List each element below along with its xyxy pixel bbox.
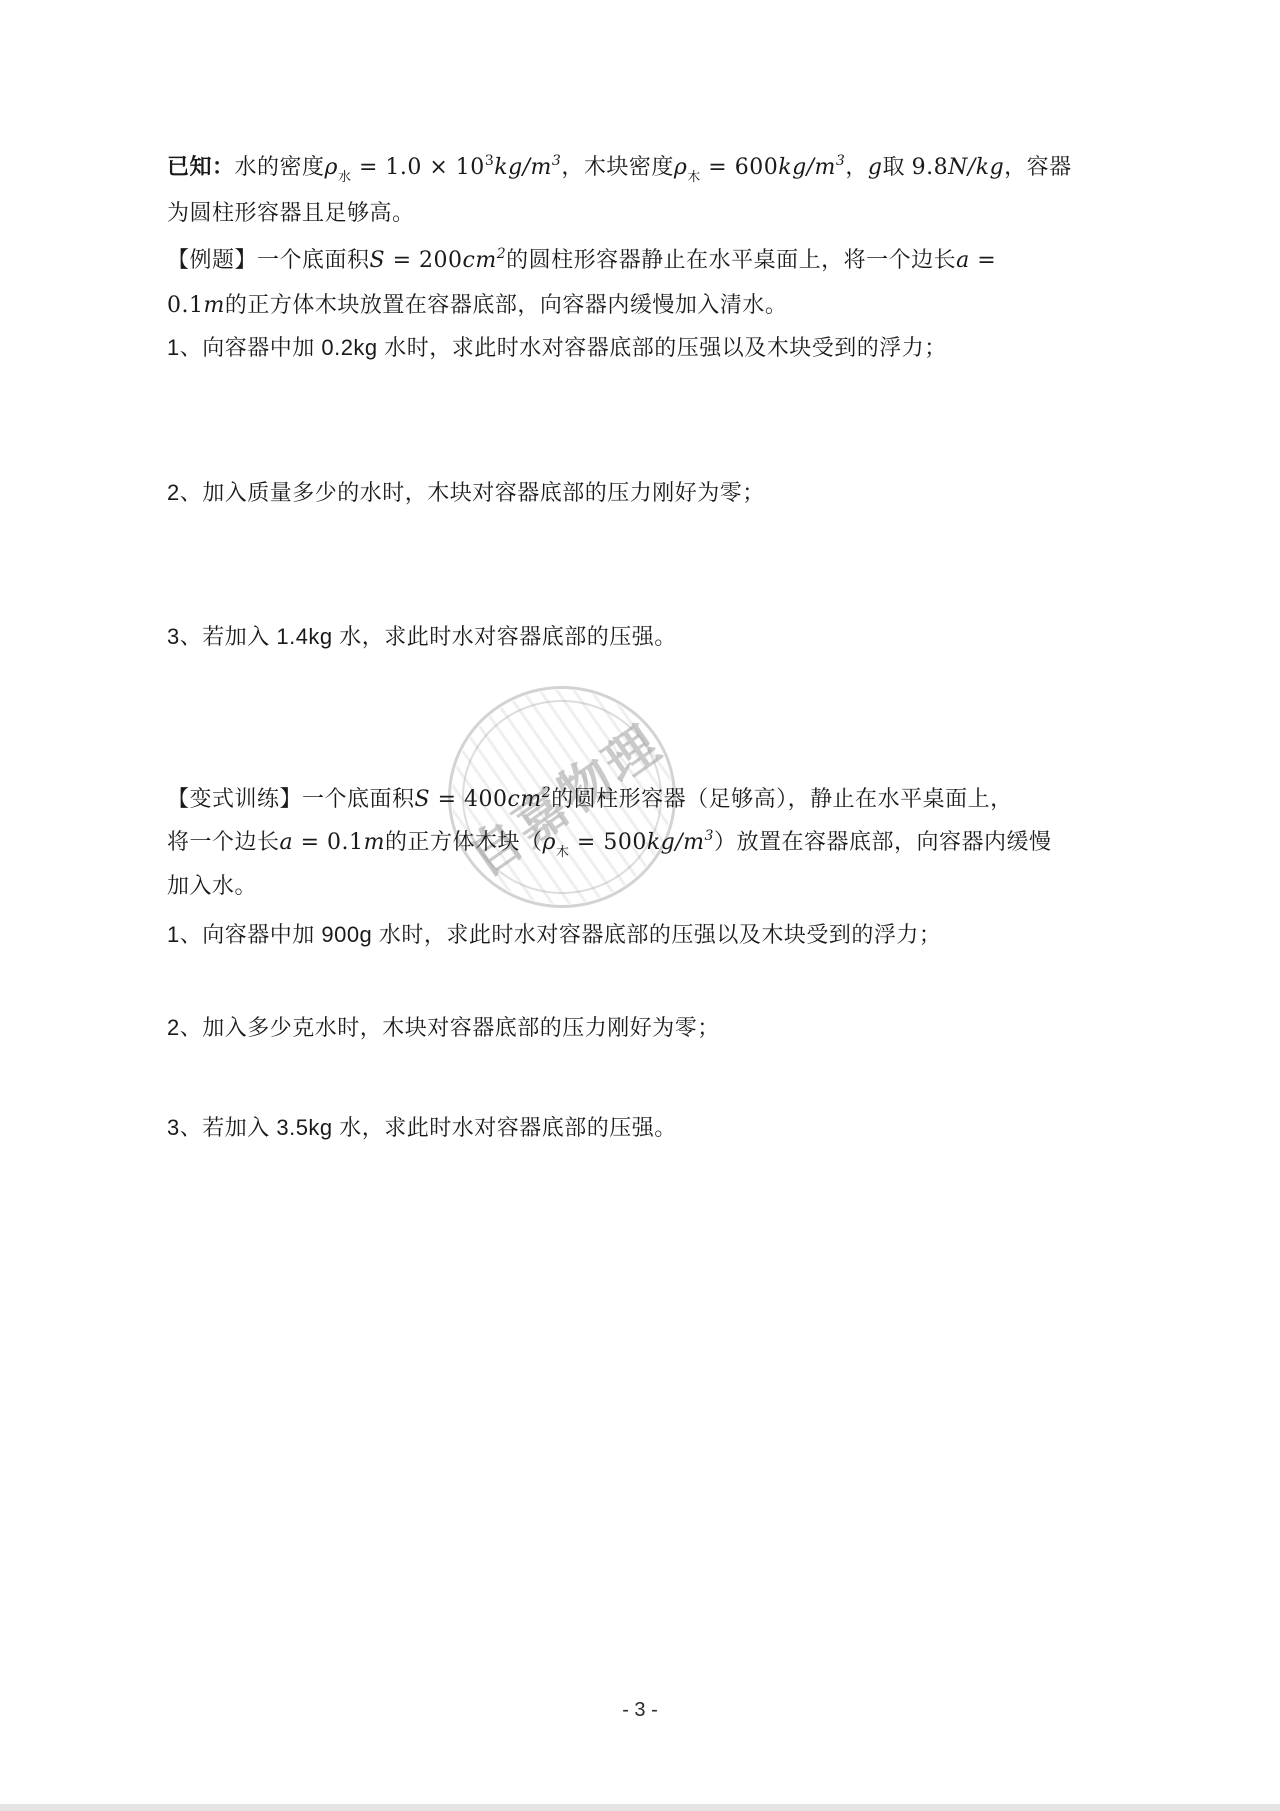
example-line-2: 0.1m的正方体木块放置在容器底部，向容器内缓慢加入清水。	[167, 284, 1113, 327]
given-paragraph: 已知：水的密度ρ水 = 1.0 × 103kg/m3，木块密度ρ木 = 600k…	[167, 146, 1113, 234]
variation-item-1: 1、向容器中加 900g 水时，求此时水对容器底部的压强以及木块受到的浮力；	[167, 914, 1113, 956]
text-run: 1、向容器中加 0.2kg 水时，求此时水对容器底部的压强以及木块受到的浮力；	[167, 335, 947, 360]
math-run: a	[280, 830, 294, 855]
subscript: 木	[556, 845, 570, 860]
worksheet-page: 自嘉物理 已知：水的密度ρ水 = 1.0 × 103kg/m3，木块密度ρ木 =…	[0, 0, 1280, 1811]
math-run: kg/m	[778, 155, 836, 180]
example-item-2: 2、加入质量多少的水时，木块对容器底部的压力刚好为零；	[167, 472, 1113, 514]
math-run: = 200	[385, 248, 462, 273]
variation-item-2: 2、加入多少克水时，木块对容器底部的压力刚好为零；	[167, 1007, 1113, 1049]
text-run: 的正方体木块放置在容器底部，向容器内缓慢加入清水。	[225, 292, 788, 317]
math-run: cm	[508, 787, 542, 812]
math-run: = 0.1	[293, 830, 363, 855]
math-run: S	[370, 248, 386, 273]
text-run: 2、加入质量多少的水时，木块对容器底部的压力刚好为零；	[167, 480, 765, 505]
text-run: 为圆柱形容器且足够高。	[167, 200, 415, 225]
given-line-2: 为圆柱形容器且足够高。	[167, 192, 1113, 234]
text-run: 将一个边长	[167, 829, 280, 854]
page-bottom-edge	[0, 1804, 1280, 1811]
superscript: 3	[552, 153, 561, 169]
math-run: 0.1	[167, 293, 204, 318]
math-run: = 600	[701, 155, 778, 180]
text-run: 加入水。	[167, 873, 257, 898]
subscript: 水	[338, 170, 352, 185]
page-number: - 3 -	[0, 1699, 1280, 1722]
math-run: N/kg	[948, 155, 1004, 180]
example-heading: 【例题】	[167, 247, 257, 272]
superscript: 3	[485, 153, 494, 169]
math-run: S	[415, 787, 431, 812]
math-run: g	[868, 155, 883, 180]
text-run: 的正方体木块（	[385, 829, 543, 854]
math-run: cm	[463, 248, 497, 273]
math-run: = 400	[430, 787, 507, 812]
subscript: 木	[687, 170, 701, 185]
text-run: 2、加入多少克水时，木块对容器底部的压力刚好为零；	[167, 1015, 720, 1040]
math-run: kg/m	[647, 830, 705, 855]
text-run: ）放置在容器底部，向容器内缓慢	[714, 829, 1052, 854]
math-run: = 1.0 × 10	[351, 155, 484, 180]
math-run: = 500	[569, 830, 646, 855]
example-paragraph: 【例题】一个底面积S = 200cm2的圆柱形容器静止在水平桌面上，将一个边长a…	[167, 239, 1113, 327]
variation-line-3: 加入水。	[167, 866, 1113, 906]
math-run: ρ	[325, 155, 338, 180]
superscript: 3	[705, 828, 714, 844]
text-run: 取	[882, 154, 911, 179]
text-run: 一个底面积	[302, 786, 415, 811]
text-run: 3、若加入 1.4kg 水，求此时水对容器底部的压强。	[167, 624, 677, 649]
text-run: ，容器	[1004, 154, 1072, 179]
given-label: 已知：	[167, 154, 235, 179]
math-run: m	[364, 830, 385, 855]
math-run: 9.8	[912, 155, 949, 180]
text-run: 一个底面积	[257, 247, 370, 272]
text-run: 1、向容器中加 900g 水时，求此时水对容器底部的压强以及木块受到的浮力；	[167, 922, 941, 947]
superscript: 2	[542, 785, 551, 801]
superscript: 2	[497, 246, 506, 262]
superscript: 3	[836, 153, 845, 169]
example-line-1: 【例题】一个底面积S = 200cm2的圆柱形容器静止在水平桌面上，将一个边长a…	[167, 239, 1113, 284]
variation-line-2: 将一个边长a = 0.1m的正方体木块（ρ木 = 500kg/m3）放置在容器底…	[167, 822, 1113, 866]
text-run: 3、若加入 3.5kg 水，求此时水对容器底部的压强。	[167, 1115, 677, 1140]
text-run: 的圆柱形容器静止在水平桌面上，将一个边长	[506, 247, 956, 272]
text-run: 的圆柱形容器（足够高），静止在水平桌面上，	[551, 786, 1013, 811]
math-run: a	[956, 248, 970, 273]
math-run: ρ	[674, 155, 687, 180]
example-item-3: 3、若加入 1.4kg 水，求此时水对容器底部的压强。	[167, 616, 1113, 658]
math-run: m	[204, 293, 225, 318]
text-run: ，木块密度	[561, 154, 674, 179]
variation-line-1: 【变式训练】一个底面积S = 400cm2的圆柱形容器（足够高），静止在水平桌面…	[167, 779, 1113, 822]
variation-paragraph: 【变式训练】一个底面积S = 400cm2的圆柱形容器（足够高），静止在水平桌面…	[167, 779, 1113, 906]
variation-heading: 【变式训练】	[167, 786, 302, 811]
text-run: ，	[845, 154, 868, 179]
math-run: kg/m	[494, 155, 552, 180]
example-item-1: 1、向容器中加 0.2kg 水时，求此时水对容器底部的压强以及木块受到的浮力；	[167, 327, 1113, 369]
math-run: ρ	[542, 830, 555, 855]
given-line-1: 已知：水的密度ρ水 = 1.0 × 103kg/m3，木块密度ρ木 = 600k…	[167, 146, 1113, 192]
text-run: 水的密度	[235, 154, 325, 179]
math-run: =	[970, 248, 996, 273]
variation-item-3: 3、若加入 3.5kg 水，求此时水对容器底部的压强。	[167, 1107, 1113, 1149]
